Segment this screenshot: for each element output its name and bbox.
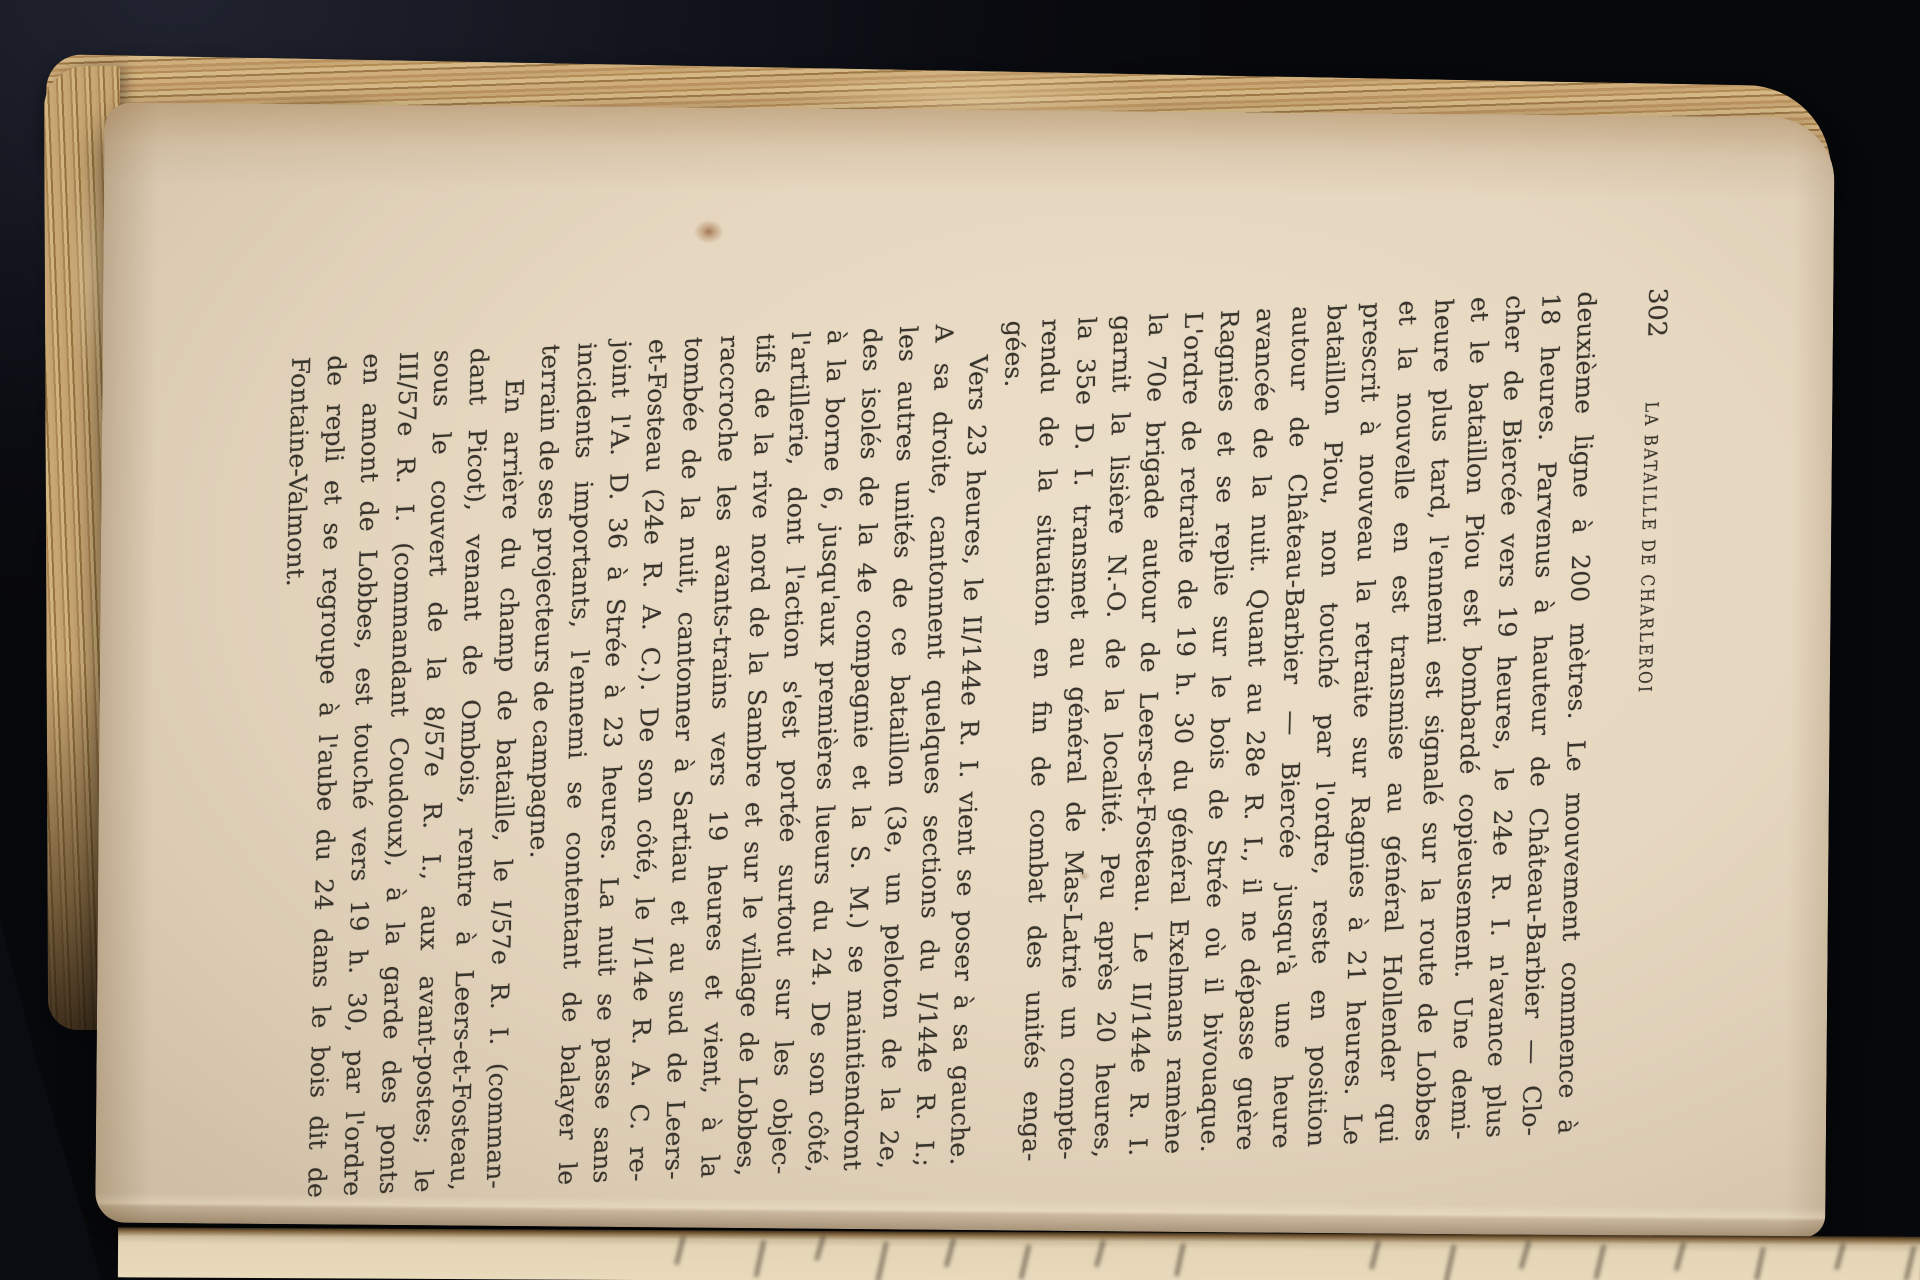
blurred-text-mark (1904, 1246, 1916, 1280)
page-text-layer: 302 LA BATAILLE DE CHARLEROI deuxième li… (261, 287, 1673, 1201)
paragraph: En arrière du champ de bataille, le I/57… (261, 345, 531, 1200)
blurred-text-mark (1754, 1247, 1765, 1280)
blurred-text-mark (1094, 1239, 1105, 1267)
running-title: LA BATAILLE DE CHARLEROI (1634, 401, 1662, 695)
blurred-text-mark (754, 1240, 766, 1278)
blurred-text-mark (674, 1235, 685, 1265)
blurred-text-mark (1674, 1241, 1686, 1271)
next-page-under (118, 1227, 1920, 1280)
blurred-text-mark (1834, 1242, 1845, 1270)
blurred-text-mark (876, 1241, 889, 1280)
page-stain (694, 220, 724, 244)
blurred-text-mark (1174, 1243, 1185, 1277)
blurred-text-mark (1444, 1244, 1456, 1280)
page-number: 302 (1640, 287, 1673, 338)
blurred-text-mark (944, 1238, 956, 1268)
paragraph: Vers 23 heures, le II/144e R. I. vient s… (511, 322, 995, 1188)
blurred-text-mark (1519, 1240, 1531, 1270)
blurred-text-mark (1594, 1244, 1606, 1280)
blurred-text-mark (814, 1235, 825, 1261)
paragraph: deuxième ligne à 200 mètres. Le mouvemen… (976, 291, 1603, 1165)
book-photo-scene: 302 LA BATAILLE DE CHARLEROI deuxième li… (0, 0, 1920, 1280)
blurred-text-mark (1019, 1244, 1031, 1280)
blurred-text-mark (1369, 1240, 1380, 1270)
